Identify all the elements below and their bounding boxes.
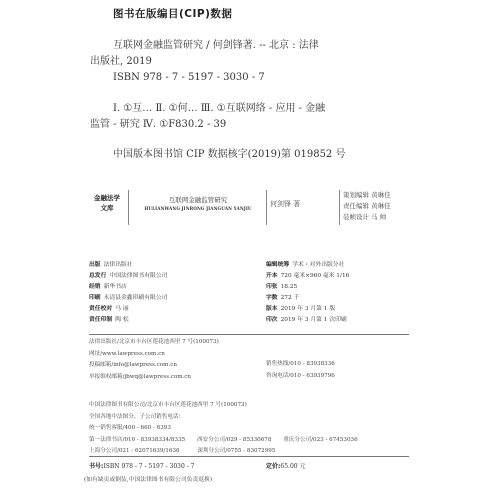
credit-responsible-editor: 责任编辑 黄琳佳 [343, 201, 391, 212]
divider [339, 190, 340, 225]
pub-label: 总发行 [89, 273, 106, 279]
pub-item: 开本720 毫米×960 毫米 1/16 [266, 271, 349, 282]
horizontal-rule [89, 334, 409, 335]
return-policy-note: (如有缺页或倒装,中国法律图书有限公司负责退换) [84, 474, 212, 483]
isbn-value: ISBN 978 - 7 - 5197 - 3030 - 7 [103, 463, 194, 470]
distribution-intro: 全国各地中法图分、子公司销售电话: [89, 412, 358, 424]
pub-label: 印刷 [89, 295, 101, 301]
series-line-1: 金融法学 [88, 193, 126, 203]
price-footer: 定价:65.00 元 [266, 461, 306, 470]
sales-hotline: 销售热线/010 - 83938336 [266, 359, 335, 371]
credit-designer: 装帧设计 马 帅 [343, 212, 391, 223]
pub-label: 版本 [266, 306, 278, 312]
pub-label: 印张 [266, 284, 278, 290]
cip-heading: 图书在版编目(CIP)数据 [113, 6, 232, 21]
pub-item: 出版法律出版社 [89, 260, 167, 271]
publisher-website: 网址/www.lawpress.com.cn [89, 349, 219, 361]
book-title-cn: 互联网金融监管研究 [133, 195, 263, 204]
pub-label: 责任校对 [89, 306, 112, 312]
cip-publisher-line: 出版社, 2019 [90, 54, 152, 69]
cip-record-number: 中国版本图书馆 CIP 数据核字(2019)第 019852 号 [113, 147, 345, 162]
pub-item: 印张18.25 [266, 282, 349, 293]
pub-item: 字数272 千 [266, 293, 349, 304]
horizontal-rule [89, 456, 409, 457]
pub-value: 中国法律图书有限公司 [109, 273, 167, 279]
pub-label: 开本 [266, 273, 278, 279]
pub-value: 永清县金鑫印刷有限公司 [104, 295, 168, 301]
pub-label: 责任印制 [89, 317, 112, 323]
price-value: 65.00 元 [280, 463, 305, 470]
branch-shenzhen: 深圳分公司/0755 - 83072995 [197, 448, 275, 454]
pub-label: 出版 [89, 262, 101, 268]
pub-item: 责任印制陶 松 [89, 315, 167, 326]
branch-shanghai: 上海分公司/021 - 62071639/1636 [89, 448, 180, 454]
pub-value: 新华书店 [104, 284, 127, 290]
cip-classification-line-2: 监管 - 研究 Ⅳ. ①F830.2 - 39 [90, 117, 226, 132]
cip-title-line: 互联网金融监管研究 / 何剑锋著. -- 北京 : 法律 [113, 38, 319, 53]
customer-service: 统一销售客服/400 - 660 - 6393 [89, 423, 358, 435]
publisher-address: 法律出版社/北京市丰台区莲花池西里 7 号(100073) [89, 337, 219, 349]
pub-value: 18.25 [281, 284, 298, 290]
pub-item: 经销新华书店 [89, 282, 167, 293]
cip-isbn-line: ISBN 978 - 7 - 5197 - 3030 - 7 [113, 70, 265, 85]
branch-row-1: 第一法律书店/010 - 83938334/8335 西安分公司/029 - 8… [89, 435, 358, 447]
editorial-credits: 策划编辑 黄琳佳 责任编辑 黄琳佳 装帧设计 马 帅 [343, 190, 391, 223]
book-title-pinyin: HULIANWANG JINRONG JIANGUAN YANJIU [133, 206, 263, 211]
report-email: 举报维权邮箱/jbwq@lawpress.com.cn [89, 372, 219, 384]
author: 何剑锋 著 [270, 199, 300, 209]
pub-value: 马 丽 [115, 306, 128, 312]
series-line-2: 文库 [88, 203, 126, 213]
pub-value: 学术・对外出版分社 [292, 262, 344, 268]
isbn-label: 书号: [89, 463, 103, 470]
pub-item: 印次2019 年 3 月第 1 次印刷 [266, 315, 349, 326]
pub-label: 字数 [266, 295, 278, 301]
distribution-info: 中国法律图书有限公司/北京市丰台区莲花池西里 7 号(100073) 全国各地中… [89, 400, 358, 458]
isbn-footer: 书号:ISBN 978 - 7 - 5197 - 3030 - 7 [89, 461, 194, 470]
credit-planning-editor: 策划编辑 黄琳佳 [343, 190, 391, 201]
pub-value: 720 毫米×960 毫米 1/16 [281, 273, 350, 279]
pub-item: 责任校对马 丽 [89, 304, 167, 315]
pub-value: 2019 年 3 月第 1 次印刷 [281, 317, 347, 323]
publisher-contact: 法律出版社/北京市丰台区莲花池西里 7 号(100073) 网址/www.law… [89, 337, 219, 383]
price-label: 定价: [266, 463, 280, 470]
cip-classification-line: Ⅰ. ①互… Ⅱ. ①何… Ⅲ. ①互联网络 - 应用 - 金融 [113, 101, 325, 116]
inquiry-phone: 咨询电话/010 - 63939796 [266, 371, 335, 383]
pub-value: 2019 年 3 月第 1 版 [281, 306, 336, 312]
pub-item: 编辑统筹学术・对外出版分社 [266, 260, 349, 271]
branch-bookstore: 第一法律书店/010 - 83938334/8335 [89, 437, 185, 443]
pub-item: 印刷永清县金鑫印刷有限公司 [89, 293, 167, 304]
submission-email: 投稿邮箱/info@lawpress.com.cn [89, 360, 219, 372]
pub-label: 经销 [89, 284, 101, 290]
branch-chongqing: 重庆分公司/023 - 67453036 [283, 437, 357, 443]
pub-item: 版本2019 年 3 月第 1 版 [266, 304, 349, 315]
publisher-phones: 销售热线/010 - 83938336 咨询电话/010 - 63939796 [266, 359, 335, 382]
pub-value: 陶 松 [115, 317, 128, 323]
divider [266, 190, 267, 225]
pub-label: 印次 [266, 317, 278, 323]
series-name: 金融法学 文库 [88, 193, 126, 213]
pub-label: 编辑统筹 [266, 262, 289, 268]
pub-value: 法律出版社 [104, 262, 133, 268]
distributor-address: 中国法律图书有限公司/北京市丰台区莲花池西里 7 号(100073) [89, 400, 358, 412]
divider [128, 190, 129, 225]
publication-info-left: 出版法律出版社 总发行中国法律图书有限公司 经销新华书店 印刷永清县金鑫印刷有限… [89, 260, 167, 326]
pub-value: 272 千 [281, 295, 300, 301]
pub-item: 总发行中国法律图书有限公司 [89, 271, 167, 282]
branch-xian: 西安分公司/029 - 85330678 [197, 437, 271, 443]
publication-info-right: 编辑统筹学术・对外出版分社 开本720 毫米×960 毫米 1/16 印张18.… [266, 260, 349, 326]
